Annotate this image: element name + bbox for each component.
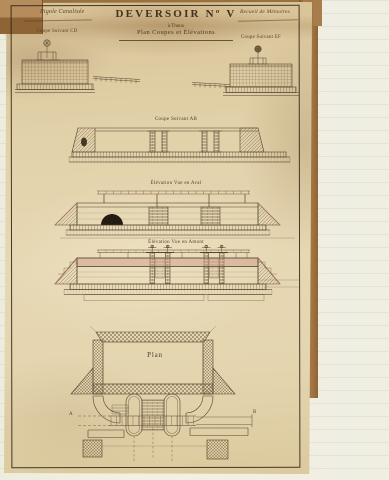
label-coupe-ef: Coupe Suivant EF xyxy=(241,36,281,41)
label-plan: Plan xyxy=(147,352,163,359)
label-coupe-cd: Coupe Suivant CD xyxy=(36,30,77,35)
handwritten-note-right: Recueil de Mémoires xyxy=(240,10,290,16)
title-underline xyxy=(119,40,233,41)
section-marker-a: A xyxy=(69,412,73,417)
elevation-amont-drawing xyxy=(55,245,299,300)
handwritten-note-left: Rigole Canalisée xyxy=(40,9,84,15)
coupe-ab-drawing xyxy=(69,128,290,162)
label-elevation-amont: Élévation Vue en Amont xyxy=(148,240,204,245)
elevation-aval-drawing xyxy=(55,191,295,238)
label-coupe-ab: Coupe Suivant AB xyxy=(155,117,197,122)
coupe-cd-drawing xyxy=(15,40,140,93)
plan-drawing xyxy=(71,326,252,461)
drawing-title: DEVERSOIR Nº V xyxy=(115,9,236,20)
label-elevation-aval: Élévation Vue en Aval xyxy=(151,181,202,186)
coupe-ef-drawing xyxy=(192,46,299,96)
section-marker-b: B xyxy=(253,410,256,415)
scanned-drawing-page: Rigole Canalisée DEVERSOIR Nº V à Thoux … xyxy=(0,0,389,480)
drawing-subtitle: Plan Coupes et Élévations xyxy=(137,30,215,37)
